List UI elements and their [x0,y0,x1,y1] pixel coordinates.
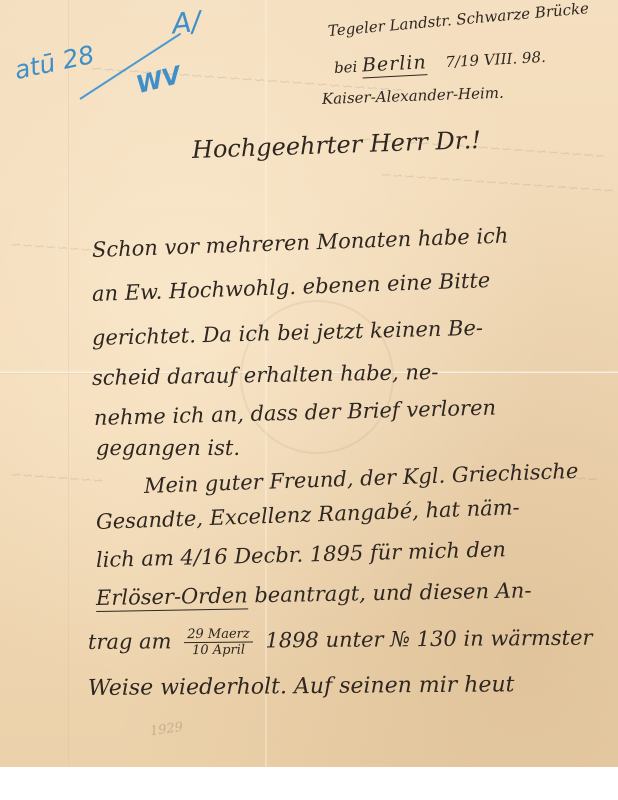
body-line-11-end: 1898 unter № 130 in wärmster [265,626,592,653]
fraction-numerator: 29 Maerz [184,627,253,644]
body-line-2: an Ew. Hochwohlg. ebenen eine Bitte [92,268,491,306]
body-line-1: Schon vor mehreren Monaten habe ich [92,223,509,262]
body-line-3: gerichtet. Da ich bei jetzt keinen Be- [92,316,484,350]
bleed-through-text: ~~~~~~~~ [10,467,105,490]
bleed-through-text: ~~~~~~~~ [10,237,105,260]
date-fraction: 29 Maerz 10 April [184,627,253,659]
body-line-9: lich am 4/16 Decbr. 1895 für mich den [96,537,507,572]
header-city: Berlin [361,51,427,78]
body-line-10-rest: beantragt, und diesen An- [247,578,531,607]
header-address-line: Tegeler Landstr. Schwarze Brücke [327,0,589,40]
pencil-archive-note: atū 28 [12,40,97,85]
letter-page: ~~~~~~~~~~~~~~~~~~~~~~~~~ ~~~~~~~~~~~~~~… [0,0,618,767]
body-line-11: trag am 29 Maerz 10 April 1898 unter № 1… [88,624,593,659]
header-prefix: bei [334,58,358,77]
body-line-10: Erlöser-Orden beantragt, und diesen An- [96,578,532,610]
header-date: 7/19 VIII. 98. [445,48,546,71]
body-line-6: gegangen ist. [96,436,240,460]
header-location-date-line: bei Berlin 7/19 VIII. 98. [333,45,546,78]
bleed-through-text: ~~~~~~~~~~~~~~~~~~~~ [380,167,615,199]
body-line-11-start: trag am [88,629,172,654]
body-line-12: Weise wiederholt. Auf seinen mir heut [88,672,515,701]
body-line-8: Gesandte, Excellenz Rangabé, hat näm- [96,495,521,534]
faint-reverse-number: 1929 [149,720,184,739]
order-name-underlined: Erlöser-Orden [96,583,248,612]
margin-line [68,0,69,767]
fraction-denominator: 10 April [189,643,248,659]
salutation: Hochgeehrter Herr Dr.! [192,126,482,164]
body-line-7: Mein guter Freund, der Kgl. Griechische [144,459,579,498]
